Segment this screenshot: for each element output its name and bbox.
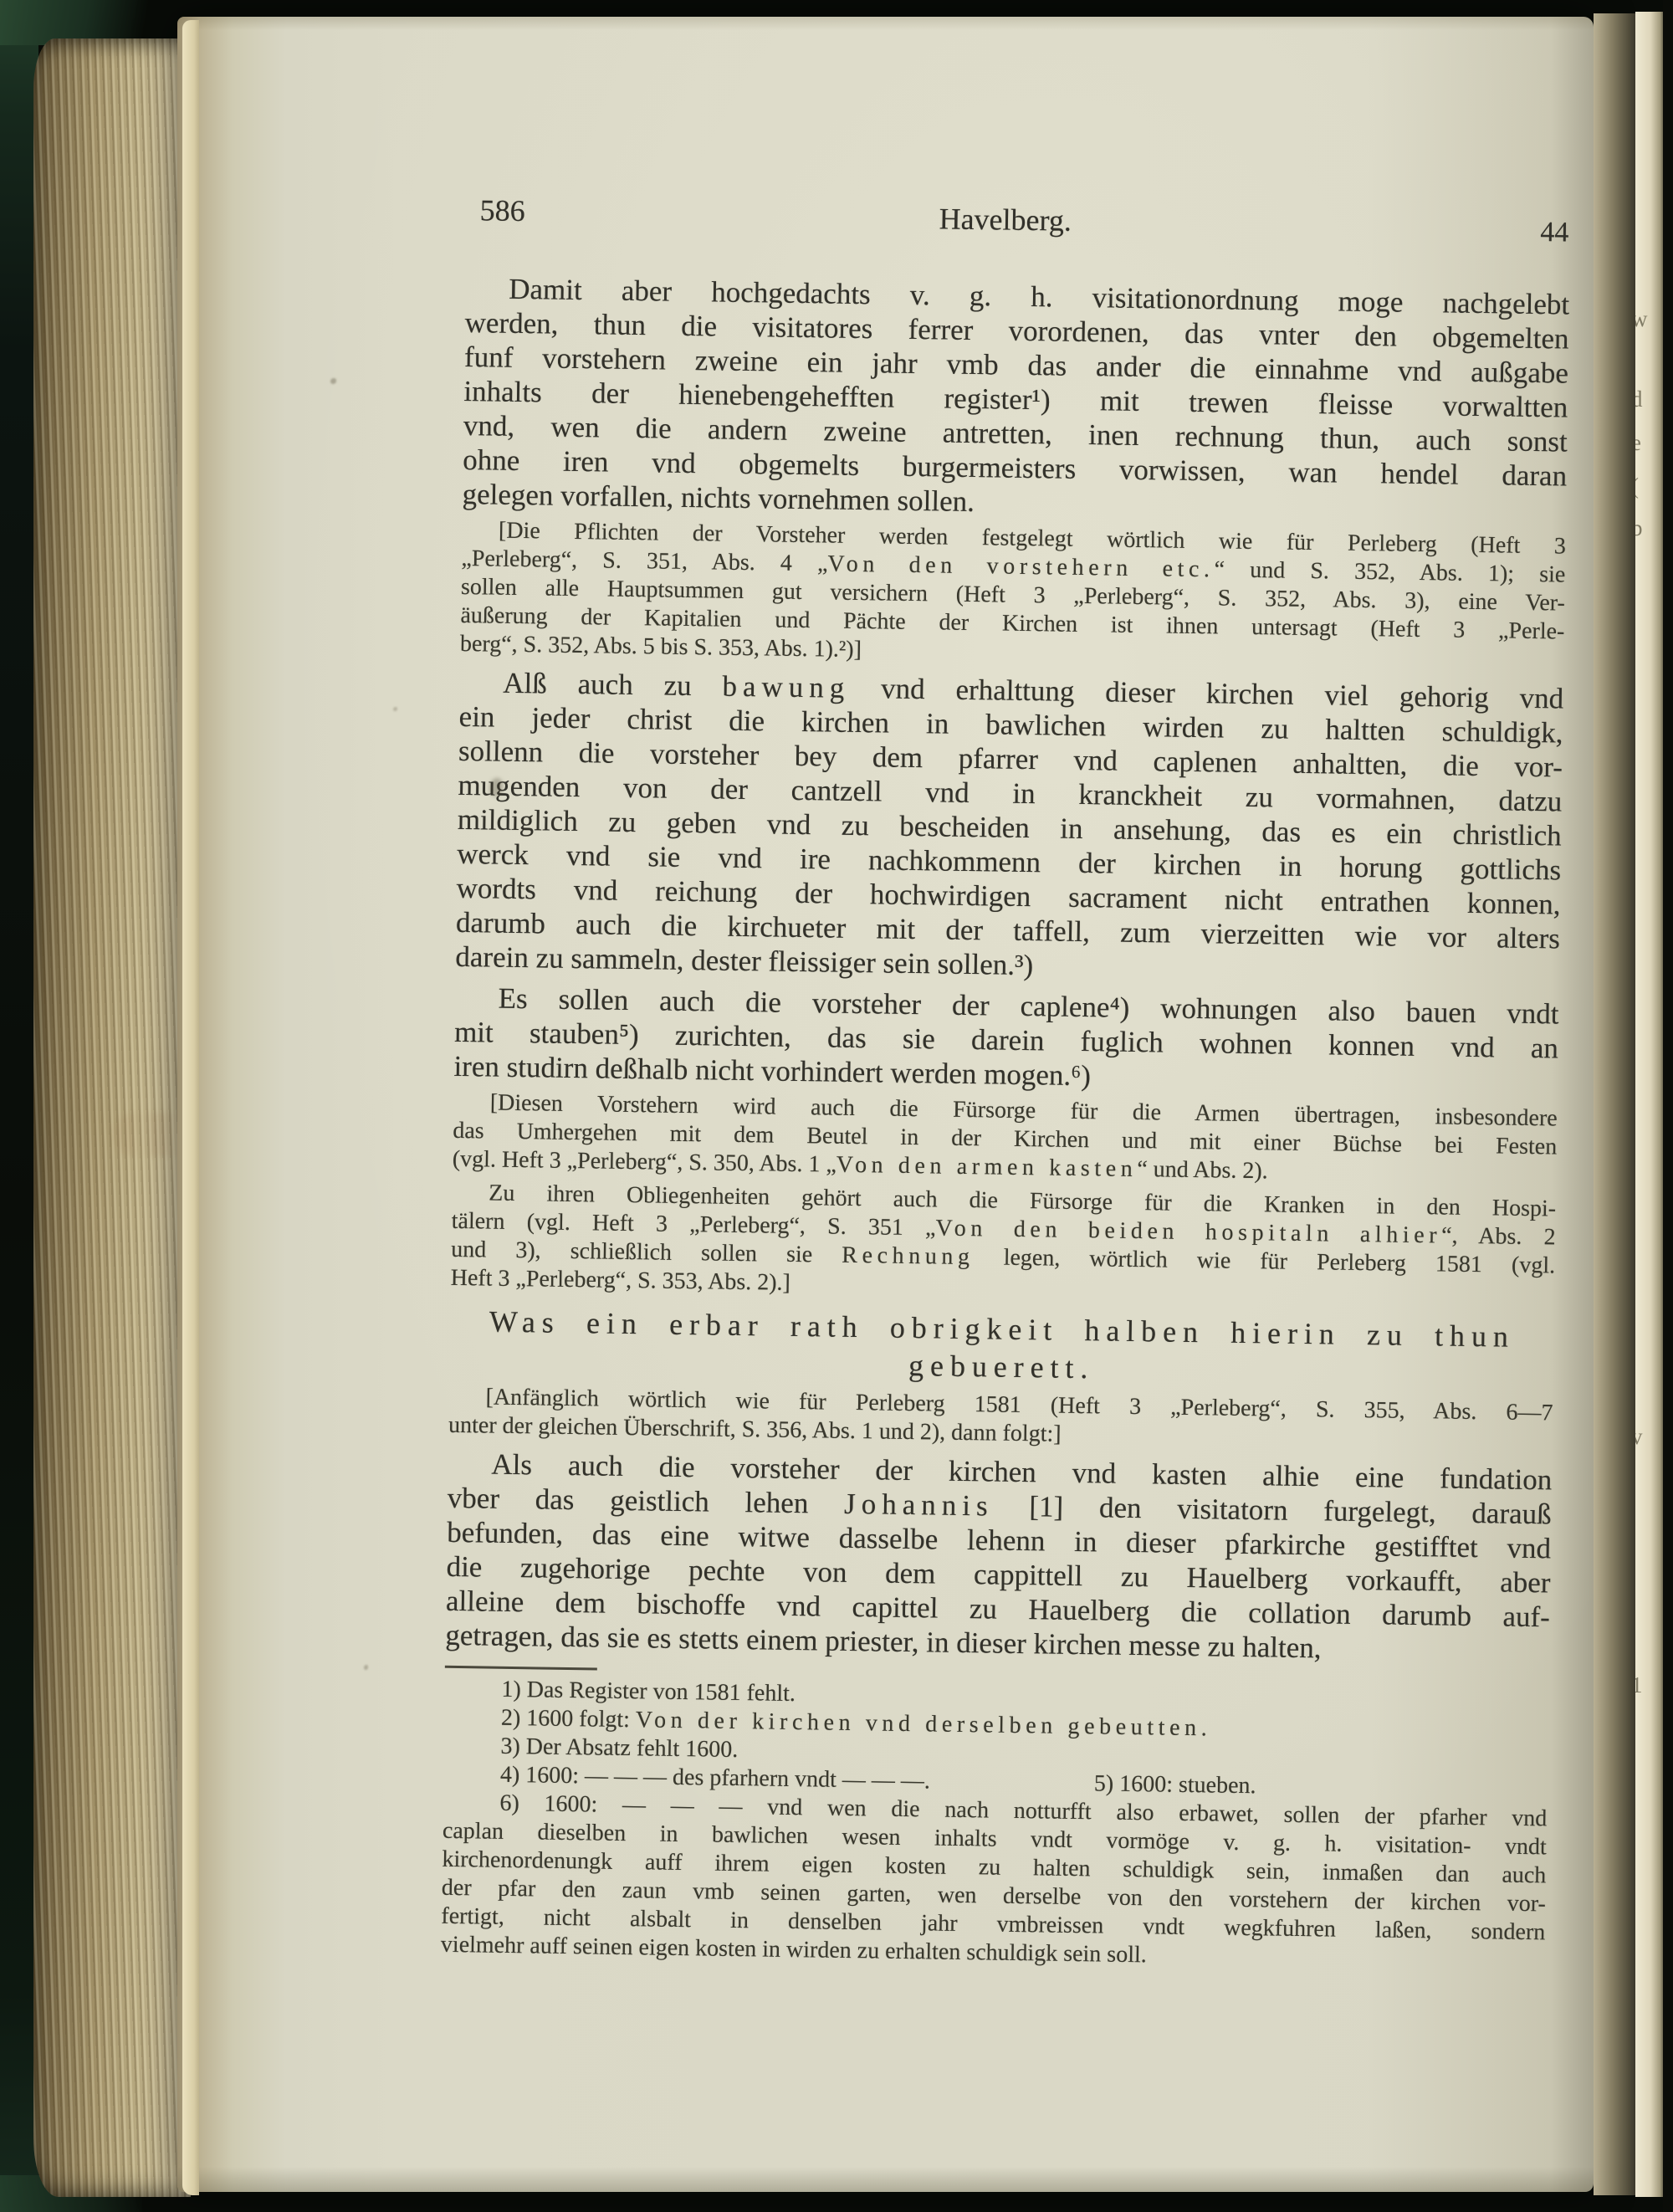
text-span: 2) 1600 folgt: [501,1705,636,1733]
top-page-fore-edge [182,20,199,2195]
footnote-6: 6) 1600: — — — vnd wen die nach notturff… [441,1789,1548,1976]
letterspaced-text: Johannis [844,1487,994,1523]
letterspaced-text: Rechnung [842,1242,975,1270]
page-text: 586 Havelberg. 44 Damit aber hochgedacht… [441,192,1571,1975]
facing-page-sliver: wde(bv1 [1635,12,1663,2197]
edge-text-fragment: v [1635,1424,1643,1450]
edge-text-fragment: 1 [1635,1672,1643,1698]
paragraph-chaplain-housing: Es sollen auch die vorsteher der caplene… [453,981,1559,1100]
running-title: Havelberg. [939,201,1072,238]
text-span: gelegen vorfallen, nichts vornehmen soll… [462,478,975,518]
text-span: vber das geistlich lehen [448,1482,845,1520]
edge-text-fragment: w [1635,306,1648,332]
text-span: berg“, S. 352, Abs. 5 bis S. 353, Abs. 1… [460,631,862,663]
edge-text-fragment: ( [1635,474,1639,499]
paragraph-church-building: Alß auch zu bawung vnd erhalttung dieser… [455,665,1563,991]
paragraph-fundation-johannis: Als auch die vorsteher der kirchen vnd k… [445,1447,1553,1669]
text-span: Heft 3 „Perleberg“, S. 353, Abs. 2).] [451,1265,791,1296]
text-span: 1) Das Register von 1581 fehlt. [501,1677,796,1707]
page-number: 586 [479,192,525,228]
letterspaced-text: Von den armen kasten [836,1152,1138,1182]
scan-edge-right [1663,0,1673,2212]
book-scan: wde(bv1 d vom 26. September 1600. 586 Ha… [0,0,1673,2212]
text-blocks: Damit aber hochgedachts v. g. h. visitat… [441,271,1570,1975]
text-span: Alß auch zu [503,667,723,703]
edge-text-fragment: b [1635,515,1643,541]
letterspaced-text: bawung [722,670,850,704]
text-span: und 3), schließlich sollen sie [451,1237,842,1268]
footnote-rule [445,1666,597,1671]
paragraph-visitation-order: Damit aber hochgedachts v. g. h. visitat… [462,271,1569,528]
text-span: gebuerett. [908,1349,1095,1385]
text-span: “ und Abs. 2). [1137,1156,1268,1184]
edge-text-fragment: e [1635,430,1641,456]
folio-number: 44 [1540,217,1569,249]
edge-text-fragment: d [1635,387,1643,412]
editorial-note-hospitals: Zu ihren Obliegenheiten gehört auch die … [450,1179,1556,1309]
text-span: “, Abs. 2 [1441,1222,1556,1250]
letterspaced-text: Von den vorstehern etc. [827,550,1215,582]
editorial-note-poor-relief: [Diesen Vorstehern wird auch die Fürsorg… [453,1088,1558,1190]
text-span: darein zu sammeln, dester fleissiger sei… [455,940,1033,981]
page-gutter-shadow [1594,13,1635,2195]
text-span: „Perleberg“, S. 351, Abs. 4 „ [461,545,827,576]
text-span: (vgl. Heft 3 „Perleberg“, S. 350, Abs. 1… [453,1146,836,1178]
section-heading: Was ein erbar rath obrigkeit halben hier… [449,1303,1554,1395]
text-span: 3) Der Absatz fehlt 1600. [500,1733,738,1763]
editorial-note-duties: [Die Pflichten der Vorsteher werden fest… [460,516,1566,675]
editorial-note-preamble: [Anfänglich wörtlich wie für Perleberg 1… [448,1383,1553,1457]
text-span: “ und S. 352, Abs. 1); sie [1214,556,1565,587]
